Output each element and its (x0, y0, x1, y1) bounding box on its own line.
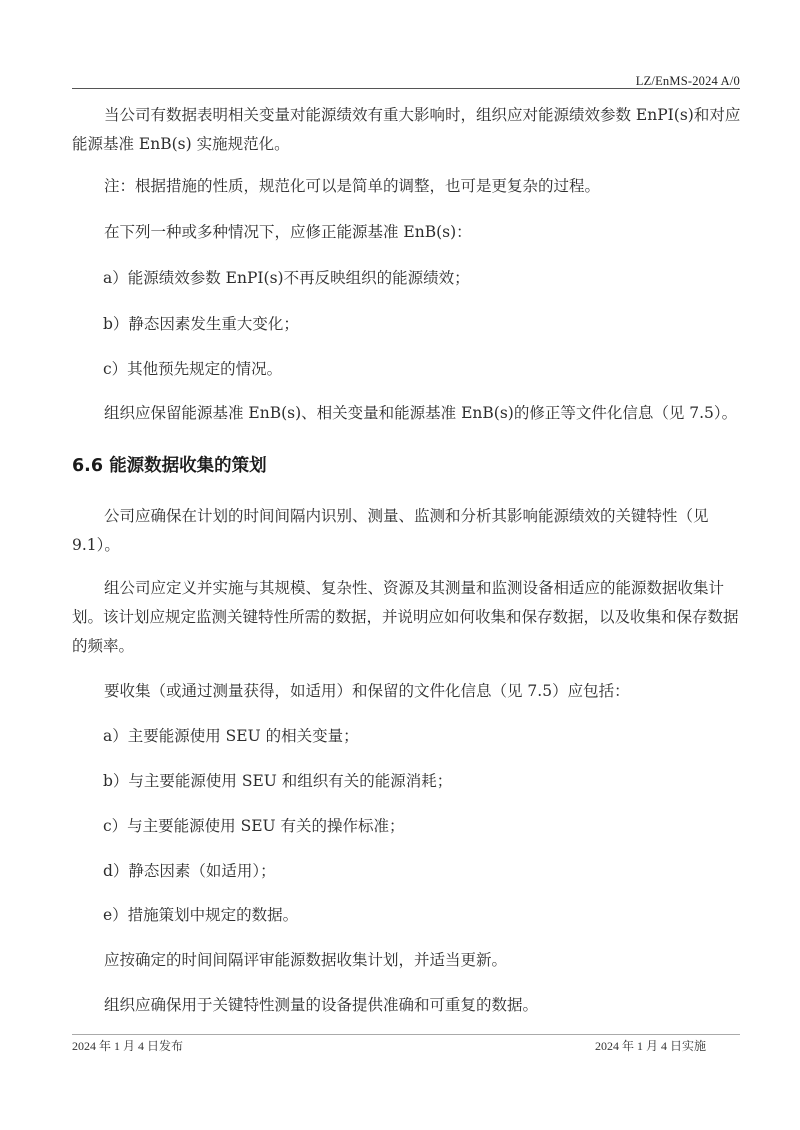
header-divider (72, 88, 740, 89)
list-item: b）与主要能源使用 SEU 和组织有关的能源消耗； (103, 767, 743, 796)
list-item: e）措施策划中规定的数据。 (103, 901, 743, 930)
paragraph-key-characteristics: 公司应确保在计划的时间间隔内识别、测量、监测和分析其影响能源绩效的关键特性（见 … (72, 502, 742, 560)
paragraph-retain-info: 组织应保留能源基准 EnB(s)、相关变量和能源基准 EnB(s)的修正等文件化… (72, 399, 742, 428)
section-heading: 6.6 能源数据收集的策划 (72, 452, 267, 477)
paragraph-documented-info: 要收集（或通过测量获得，如适用）和保留的文件化信息（见 7.5）应包括： (72, 677, 742, 706)
list-item: b）静态因素发生重大变化； (103, 310, 743, 339)
footer-divider (72, 1034, 740, 1035)
document-code: LZ/EnMS-2024 A/0 (636, 74, 740, 89)
effective-date: 2024 年 1 月 4 日实施 (595, 1037, 706, 1054)
note-paragraph: 注：根据措施的性质，规范化可以是简单的调整，也可是更复杂的过程。 (72, 172, 742, 201)
paragraph-data-plan: 组公司应定义并实施与其规模、复杂性、资源及其测量和监测设备相适应的能源数据收集计… (72, 574, 742, 661)
paragraph-normalization: 当公司有数据表明相关变量对能源绩效有重大影响时，组织应对能源绩效参数 EnPI(… (72, 101, 742, 159)
list-item: d）静态因素（如适用）； (103, 857, 743, 886)
paragraph-revision-conditions: 在下列一种或多种情况下，应修正能源基准 EnB(s)： (72, 218, 742, 247)
paragraph-review-plan: 应按确定的时间间隔评审能源数据收集计划，并适当更新。 (72, 946, 742, 975)
list-item: c）与主要能源使用 SEU 有关的操作标准； (103, 812, 743, 841)
issue-date: 2024 年 1 月 4 日发布 (72, 1037, 183, 1054)
list-item: a）能源绩效参数 EnPI(s)不再反映组织的能源绩效； (103, 264, 743, 293)
list-item: a）主要能源使用 SEU 的相关变量； (103, 722, 743, 751)
paragraph-accurate-data: 组织应确保用于关键特性测量的设备提供准确和可重复的数据。 (72, 991, 742, 1020)
list-item: c）其他预先规定的情况。 (103, 355, 743, 384)
